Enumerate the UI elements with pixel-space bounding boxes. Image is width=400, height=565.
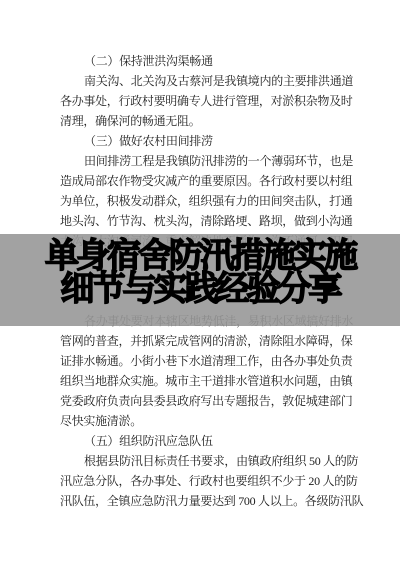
document-page: （二）保持泄洪沟渠畅通南关沟、北关沟及古蔡河是我镇境内的主要排洪通道各办事处，行… (0, 0, 400, 565)
doc-line: 清理，确保河的畅通无阻。 (60, 111, 352, 131)
doc-line: 地头沟、竹节沟、枕头沟，清除路埂、路坝，做到小沟通 (60, 211, 352, 231)
doc-line: （五）组织防汛应急队伍 (60, 431, 352, 451)
doc-line: 根据县防汛目标责任书要求，由镇政府组织 50 人的防 (60, 451, 352, 471)
doc-line: 管网的普查，并抓紧完成管网的清淤，清除阻水障碍，保 (60, 331, 352, 351)
doc-line: 各办事处，行政村要明确专人进行管理，对淤积杂物及时 (60, 91, 352, 111)
doc-line: 为单位，积极发动群众，组织强有力的田间突击队，打通 (60, 191, 352, 211)
doc-line: 田间排涝工程是我镇防汛排涝的一个薄弱环节，也是 (60, 151, 352, 171)
overlay-title-line2: 细节与实践经验分享 (0, 273, 400, 306)
doc-line: 证排水畅通。小街小巷下水道清理工作，由各办事处负责 (60, 351, 352, 371)
doc-line: 汛应急分队，各办事处、行政村也要组织不少于 20 人的防 (60, 471, 352, 491)
overlay-title-line1: 单身宿舍防汛措施实施 (0, 240, 400, 273)
doc-line: 党委政府负责向县委县政府写出专题报告，敦促城建部门 (60, 391, 352, 411)
doc-line: 造成局部农作物受灾减产的重要原因。各行政村要以村组 (60, 171, 352, 191)
doc-line: 南关沟、北关沟及古蔡河是我镇境内的主要排洪通道 (60, 71, 352, 91)
doc-line: 汛队伍，全镇应急防汛力量要达到 700 人以上。各级防汛队 (60, 491, 352, 511)
doc-line: （三）做好农村田间排涝 (60, 131, 352, 151)
overlay-title: 单身宿舍防汛措施实施 细节与实践经验分享 (0, 240, 400, 306)
doc-line: 组织当地群众实施。城市主干道排水管道积水问题，由镇 (60, 371, 352, 391)
doc-line: （二）保持泄洪沟渠畅通 (60, 51, 352, 71)
doc-line: 尽快实施清淤。 (60, 411, 352, 431)
